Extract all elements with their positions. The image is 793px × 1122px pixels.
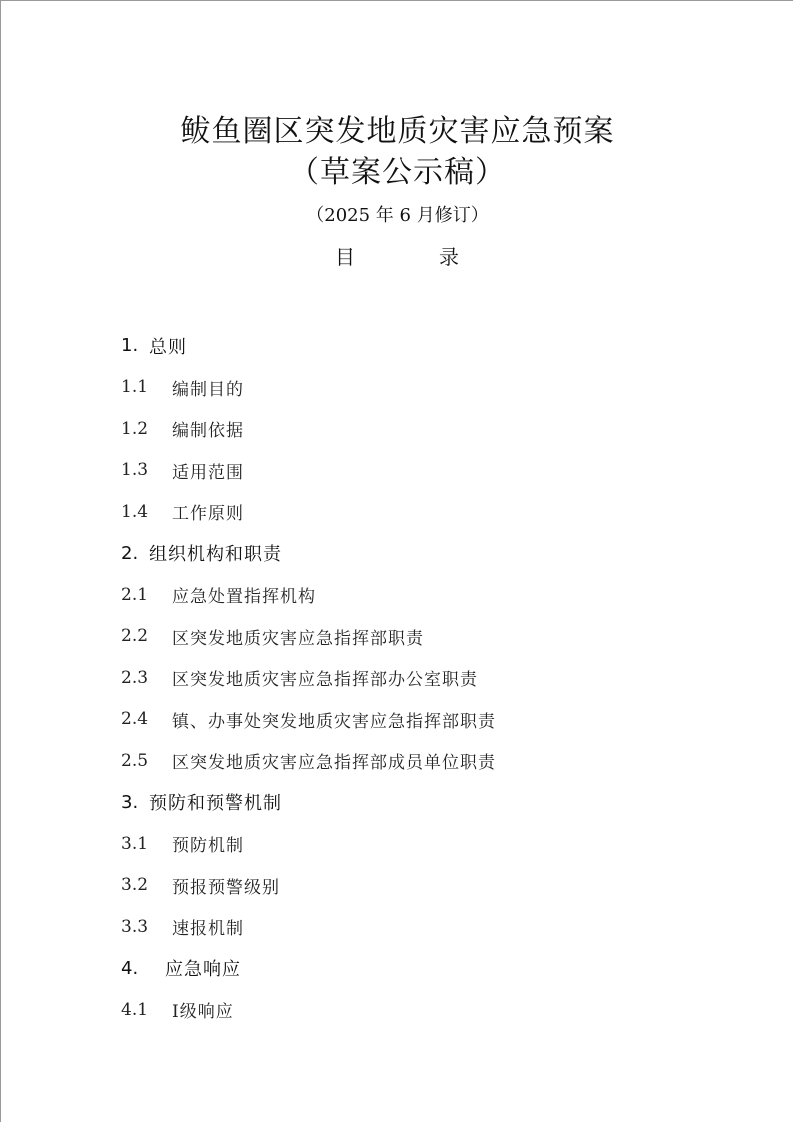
toc-entry-number: 2.3 bbox=[121, 668, 172, 688]
toc-entry-number: 3. bbox=[121, 792, 149, 813]
table-of-contents: 1. 总则 1.1 编制目的 1.2 编制依据 1.3 适用范围 1.4 工作原… bbox=[121, 325, 741, 1031]
toc-entry-label: 镇、办事处突发地质灾害应急指挥部职责 bbox=[172, 707, 496, 732]
toc-entry-label: 应急响应 bbox=[165, 955, 241, 981]
toc-entry-2-4[interactable]: 2.4 镇、办事处突发地质灾害应急指挥部职责 bbox=[121, 699, 741, 741]
toc-entry-4[interactable]: 4. 应急响应 bbox=[121, 948, 741, 990]
toc-heading-char-1: 目 bbox=[335, 242, 355, 272]
toc-entry-label: 编制依据 bbox=[172, 416, 244, 441]
toc-entry-number: 2.2 bbox=[121, 626, 172, 646]
toc-entry-label: 组织机构和职责 bbox=[149, 540, 282, 566]
toc-entry-label: 适用范围 bbox=[172, 458, 244, 483]
toc-entry-label: 区突发地质灾害应急指挥部职责 bbox=[172, 624, 424, 649]
toc-entry-label: 编制目的 bbox=[172, 375, 244, 400]
toc-entry-number: 1.2 bbox=[121, 419, 172, 439]
toc-entry-label: 速报机制 bbox=[172, 914, 244, 939]
toc-entry-number: 2.4 bbox=[121, 709, 172, 729]
toc-entry-4-1[interactable]: 4.1 Ⅰ级响应 bbox=[121, 989, 741, 1031]
toc-entry-1-2[interactable]: 1.2 编制依据 bbox=[121, 408, 741, 450]
toc-entry-label: 预防和预警机制 bbox=[149, 789, 282, 815]
toc-entry-label: 预报预警级别 bbox=[172, 873, 280, 898]
toc-entry-2-1[interactable]: 2.1 应急处置指挥机构 bbox=[121, 574, 741, 616]
toc-entry-label: 区突发地质灾害应急指挥部办公室职责 bbox=[172, 665, 478, 690]
toc-entry-number: 4. bbox=[121, 958, 165, 979]
toc-entry-label: Ⅰ级响应 bbox=[172, 997, 234, 1022]
toc-entry-number: 4.1 bbox=[121, 1000, 172, 1020]
toc-entry-1-1[interactable]: 1.1 编制目的 bbox=[121, 367, 741, 409]
toc-entry-1-4[interactable]: 1.4 工作原则 bbox=[121, 491, 741, 533]
toc-entry-2[interactable]: 2. 组织机构和职责 bbox=[121, 533, 741, 575]
toc-entry-number: 2.5 bbox=[121, 751, 172, 771]
toc-entry-number: 2.1 bbox=[121, 585, 172, 605]
toc-entry-number: 3.3 bbox=[121, 917, 172, 937]
toc-entry-number: 1.1 bbox=[121, 377, 172, 397]
toc-entry-number: 3.2 bbox=[121, 875, 172, 895]
toc-entry-3-3[interactable]: 3.3 速报机制 bbox=[121, 906, 741, 948]
toc-entry-1[interactable]: 1. 总则 bbox=[121, 325, 741, 367]
toc-entry-1-3[interactable]: 1.3 适用范围 bbox=[121, 450, 741, 492]
toc-entry-label: 工作原则 bbox=[172, 499, 244, 524]
toc-entry-3-1[interactable]: 3.1 预防机制 bbox=[121, 823, 741, 865]
toc-entry-number: 1.3 bbox=[121, 460, 172, 480]
toc-entry-2-3[interactable]: 2.3 区突发地质灾害应急指挥部办公室职责 bbox=[121, 657, 741, 699]
toc-entry-label: 总则 bbox=[149, 333, 187, 359]
toc-entry-number: 1.4 bbox=[121, 502, 172, 522]
document-title: 鲅鱼圈区突发地质灾害应急预案 bbox=[1, 112, 793, 152]
document-page: 鲅鱼圈区突发地质灾害应急预案 （草案公示稿） （2025 年 6 月修订） 目 … bbox=[0, 0, 793, 1122]
toc-entry-label: 应急处置指挥机构 bbox=[172, 582, 316, 607]
toc-entry-number: 3.1 bbox=[121, 834, 172, 854]
toc-heading-char-2: 录 bbox=[439, 242, 459, 272]
toc-entry-number: 1. bbox=[121, 335, 149, 356]
toc-entry-2-2[interactable]: 2.2 区突发地质灾害应急指挥部职责 bbox=[121, 616, 741, 658]
toc-entry-3[interactable]: 3. 预防和预警机制 bbox=[121, 782, 741, 824]
revision-note: （2025 年 6 月修订） bbox=[1, 202, 793, 230]
toc-entry-label: 区突发地质灾害应急指挥部成员单位职责 bbox=[172, 748, 496, 773]
toc-entry-3-2[interactable]: 3.2 预报预警级别 bbox=[121, 865, 741, 907]
document-subtitle: （草案公示稿） bbox=[1, 153, 793, 193]
toc-entry-2-5[interactable]: 2.5 区突发地质灾害应急指挥部成员单位职责 bbox=[121, 740, 741, 782]
toc-entry-number: 2. bbox=[121, 543, 149, 564]
toc-entry-label: 预防机制 bbox=[172, 831, 244, 856]
